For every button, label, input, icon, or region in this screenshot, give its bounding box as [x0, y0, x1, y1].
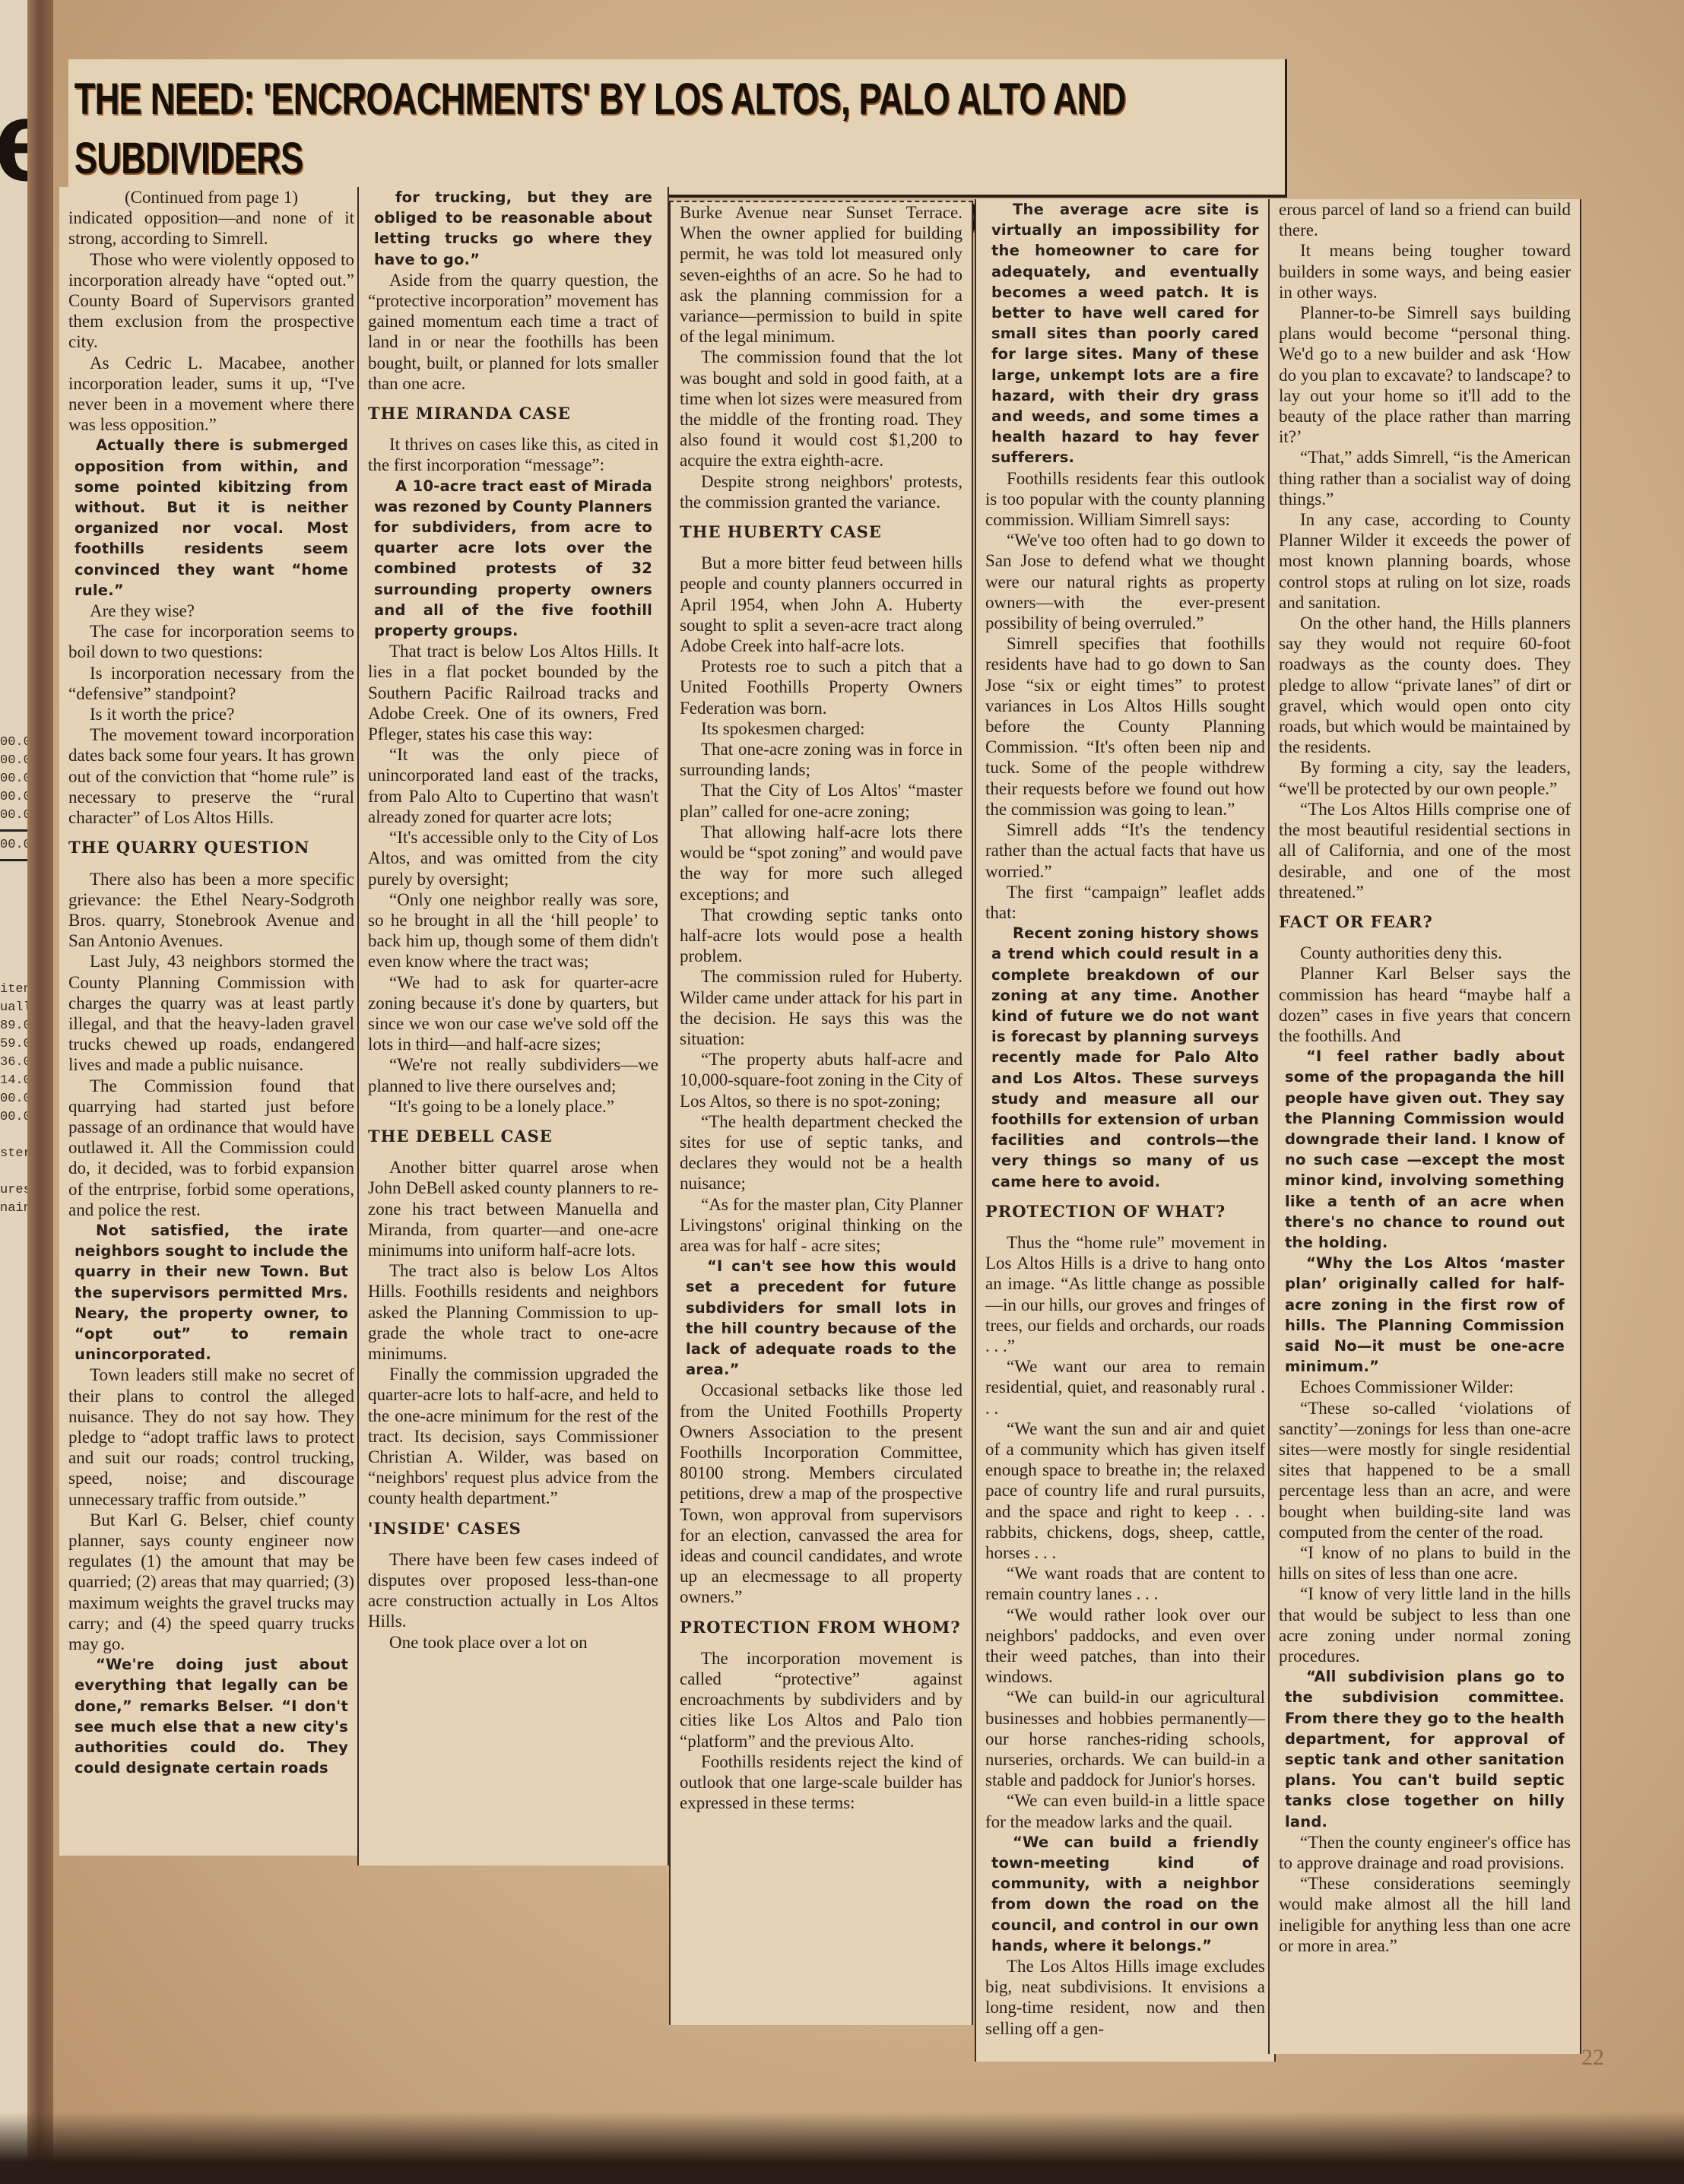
- paragraph: That the City of Los Altos' “master plan…: [680, 780, 963, 821]
- paragraph: In any case, according to County Planner…: [1279, 509, 1571, 613]
- bold-quote-paragraph: “I can't see how this would set a preced…: [680, 1256, 963, 1380]
- paragraph: But a more bitter feud between hills peo…: [680, 553, 963, 656]
- page-number: 22: [1581, 2045, 1604, 2071]
- bold-quote-paragraph: “We can build a friendly town-meeting ki…: [985, 1832, 1265, 1956]
- paragraph: “We can even build-in a little space for…: [985, 1790, 1265, 1831]
- divider: [0, 829, 27, 832]
- paragraph: Protests roe to such a pitch that a Unit…: [680, 656, 963, 718]
- paragraph: “We can build-in our agricultural busine…: [985, 1687, 1265, 1790]
- paragraph: That tract is below Los Altos Hills. It …: [368, 641, 658, 744]
- paragraph: “We want our area to remain residential,…: [985, 1356, 1265, 1418]
- section-heading: 'INSIDE' CASES: [368, 1518, 658, 1539]
- paragraph: “It's going to be a lonely place.”: [368, 1096, 658, 1117]
- bold-quote-paragraph: Not satisfied, the irate neighbors sough…: [68, 1220, 354, 1365]
- bold-quote-paragraph: A 10-acre tract east of Mirada was rezon…: [368, 476, 658, 642]
- paragraph: “We've too often had to go down to San J…: [985, 530, 1265, 633]
- paragraph: The first “campaign” leaflet adds that:: [985, 882, 1265, 923]
- paragraph: Planner-to-be Simrell says building plan…: [1279, 303, 1571, 447]
- paragraph: “We want roads that are content to remai…: [985, 1563, 1265, 1604]
- paragraph: Its spokesmen charged:: [680, 718, 963, 739]
- paragraph: “We want the sun and air and quiet of a …: [985, 1418, 1265, 1563]
- bold-quote-paragraph: Recent zoning history shows a trend whic…: [985, 923, 1265, 1192]
- bold-quote-paragraph: Actually there is submerged opposition f…: [68, 435, 354, 601]
- paragraph: The Los Altos Hills image excludes big, …: [985, 1956, 1265, 2039]
- paragraph: “It was the only piece of unincorporated…: [368, 744, 658, 827]
- bold-quote-paragraph: “Why the Los Altos ‘master plan’ origina…: [1279, 1253, 1571, 1377]
- paragraph: That allowing half-acre lots there would…: [680, 822, 963, 905]
- adjacent-page-letter: e: [0, 84, 27, 198]
- paragraph: “We had to ask for quarter-acre zoning b…: [368, 972, 658, 1055]
- paragraph: Is it worth the price?: [68, 704, 354, 724]
- continuation-note: (Continued from page 1): [68, 187, 354, 208]
- paragraph: Occasional setbacks like those led from …: [680, 1380, 963, 1607]
- article-column-1: (Continued from page 1)indicated opposit…: [59, 187, 365, 1856]
- bold-quote-paragraph: “I feel rather badly about some of the p…: [1279, 1046, 1571, 1253]
- paragraph: Are they wise?: [68, 601, 354, 621]
- divider: [0, 859, 27, 861]
- paragraph: But Karl G. Belser, chief county planner…: [68, 1510, 354, 1654]
- paragraph: Another bitter quarrel arose when John D…: [368, 1157, 658, 1260]
- paragraph: Finally the commission upgraded the quar…: [368, 1364, 658, 1508]
- paragraph: “We would rather look over our neighbors…: [985, 1605, 1265, 1688]
- article-column-3: Burke Avenue near Sunset Terrace. When t…: [669, 201, 973, 2025]
- section-heading: THE MIRANDA CASE: [368, 403, 658, 423]
- section-heading: THE QUARRY QUESTION: [68, 837, 354, 857]
- paragraph: indicated opposition—and none of it stro…: [68, 208, 354, 249]
- paragraph: Burke Avenue near Sunset Terrace. When t…: [680, 202, 963, 347]
- paragraph: “The property abuts half-acre and 10,000…: [680, 1049, 963, 1111]
- bold-quote-paragraph: “All subdivision plans go to the subdivi…: [1279, 1666, 1571, 1832]
- paragraph: As Cedric L. Macabee, another incorporat…: [68, 353, 354, 436]
- paragraph: The case for incorporation seems to boil…: [68, 621, 354, 662]
- paragraph: That one-acre zoning was in force in sur…: [680, 739, 963, 780]
- paragraph: “These considerations seemingly would ma…: [1279, 1873, 1571, 1956]
- headline-clipping: THE NEED: 'ENCROACHMENTS' BY LOS ALTOS, …: [68, 59, 1287, 198]
- paragraph: Planner Karl Belser says the commission …: [1279, 963, 1571, 1046]
- paragraph: Aside from the quarry question, the “pro…: [368, 270, 658, 394]
- headline-line-1: THE NEED: 'ENCROACHMENTS' BY LOS ALTOS, …: [75, 74, 1126, 183]
- paragraph: Thus the “home rule” movement in Los Alt…: [985, 1232, 1265, 1356]
- paragraph: One took place over a lot on: [368, 1632, 658, 1653]
- paragraph: There also has been a more specific grie…: [68, 869, 354, 952]
- section-heading: PROTECTION FROM WHOM?: [680, 1617, 963, 1637]
- bold-quote-paragraph: for trucking, but they are obliged to be…: [368, 187, 658, 270]
- paragraph: “As for the master plan, City Planner Li…: [680, 1194, 963, 1257]
- bold-quote-paragraph: The average acre site is virtually an im…: [985, 199, 1265, 468]
- paragraph: Last July, 43 neighbors stormed the Coun…: [68, 951, 354, 1075]
- paragraph: There have been few cases indeed of disp…: [368, 1549, 658, 1632]
- paragraph: Foothills residents fear this outlook is…: [985, 468, 1265, 531]
- paragraph: County authorities deny this.: [1279, 943, 1571, 963]
- adjacent-page-edge: e 00.00 00.00 00.00 00.00 00.00 00.00 it…: [0, 0, 27, 2184]
- paragraph: The movement toward incorporation dates …: [68, 724, 354, 828]
- paragraph: It thrives on cases like this, as cited …: [368, 434, 658, 475]
- paragraph: The Commission found that quarrying had …: [68, 1076, 354, 1220]
- article-column-5: erous parcel of land so a friend can bui…: [1268, 199, 1581, 2054]
- paragraph: “I know of no plans to build in the hill…: [1279, 1542, 1571, 1583]
- paragraph: Is incorporation necessary from the “def…: [68, 663, 354, 704]
- section-heading: THE DEBELL CASE: [368, 1126, 658, 1146]
- paragraph: The commission ruled for Huberty. Wilder…: [680, 966, 963, 1049]
- paragraph: “These so-called ‘violations of sanctity…: [1279, 1398, 1571, 1542]
- paragraph: That crowding septic tanks onto half-acr…: [680, 905, 963, 967]
- paragraph: “It's accessible only to the City of Los…: [368, 827, 658, 889]
- paragraph: The incorporation movement is called “pr…: [680, 1648, 963, 1751]
- scrapbook-page: e 00.00 00.00 00.00 00.00 00.00 00.00 it…: [0, 0, 1684, 2184]
- paragraph: “I know of very little land in the hills…: [1279, 1583, 1571, 1666]
- paragraph: Those who were violently opposed to inco…: [68, 249, 354, 353]
- paragraph: “That,” adds Simrell, “is the American t…: [1279, 447, 1571, 509]
- section-heading: PROTECTION OF WHAT?: [985, 1201, 1265, 1222]
- paragraph: On the other hand, the Hills planners sa…: [1279, 613, 1571, 757]
- paragraph: erous parcel of land so a friend can bui…: [1279, 199, 1571, 240]
- paragraph: “We're not really subdividers—we planned…: [368, 1054, 658, 1095]
- paragraph: “The health department checked the sites…: [680, 1111, 963, 1194]
- paragraph: By forming a city, say the leaders, “we'…: [1279, 757, 1571, 798]
- paragraph: Despite strong neighbors' protests, the …: [680, 471, 963, 512]
- paragraph: The commission found that the lot was bo…: [680, 347, 963, 471]
- paragraph: Simrell specifies that foothills residen…: [985, 633, 1265, 819]
- paragraph: “Only one neighbor really was sore, so h…: [368, 889, 658, 972]
- bold-quote-paragraph: “We're doing just about everything that …: [68, 1654, 354, 1778]
- article-column-4: The average acre site is virtually an im…: [975, 199, 1276, 2062]
- paragraph: “The Los Altos Hills comprise one of the…: [1279, 799, 1571, 902]
- book-binding: [27, 0, 53, 2184]
- paragraph: Simrell adds “It's the tendency rather t…: [985, 819, 1265, 882]
- section-heading: THE HUBERTY CASE: [680, 521, 963, 542]
- paragraph: The tract also is below Los Altos Hills.…: [368, 1260, 658, 1364]
- paragraph: “Then the county engineer's office has t…: [1279, 1832, 1571, 1873]
- page-shadow: [0, 2112, 1684, 2184]
- section-heading: FACT OR FEAR?: [1279, 911, 1571, 932]
- paragraph: Echoes Commissioner Wilder:: [1279, 1377, 1571, 1397]
- paragraph: Town leaders still make no secret of the…: [68, 1365, 354, 1509]
- adjacent-page-figures-2: iten. uall 89.00 59.00 36.00 14.00 00.00…: [0, 981, 27, 1218]
- paragraph: Foothills residents reject the kind of o…: [680, 1751, 963, 1814]
- adjacent-page-figures: 00.00 00.00 00.00 00.00 00.00 00.00: [0, 734, 27, 866]
- article-column-2: for trucking, but they are obliged to be…: [357, 187, 669, 1865]
- paragraph: It means being tougher toward builders i…: [1279, 240, 1571, 303]
